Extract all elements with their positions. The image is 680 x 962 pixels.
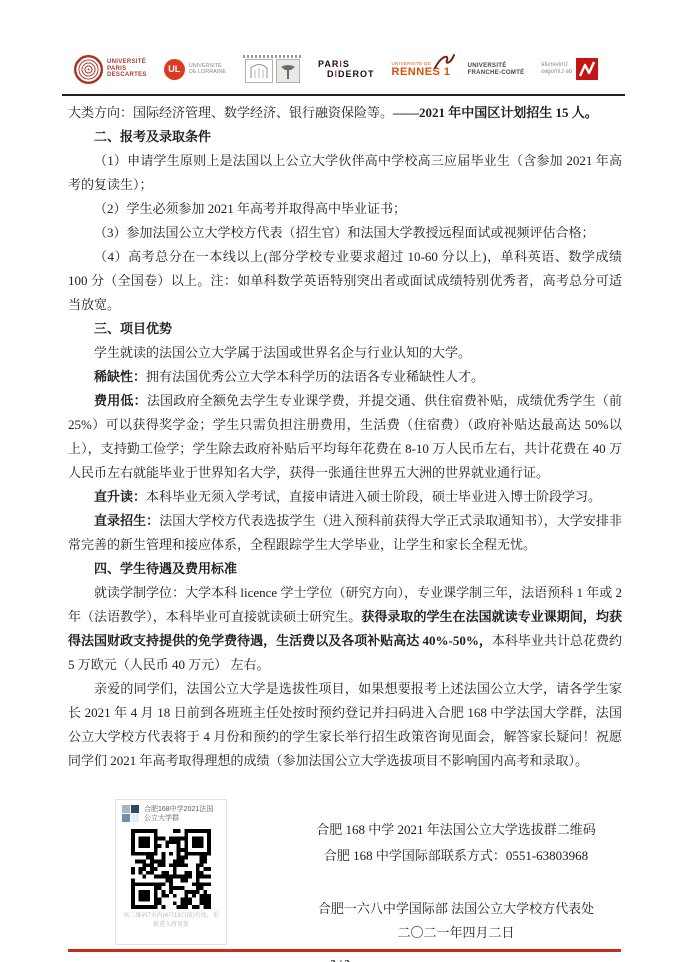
qr-code [131,829,211,909]
paragraph: 直录招生：法国大学校方代表选拔学生（进入预科前获得大学正式录取通知书），大学安排… [68,509,622,557]
logo-university-crest [243,55,301,83]
section-heading: 三、项目优势 [68,317,622,341]
crest-road-icon [276,59,300,83]
signature-date: 二〇二一年四月二日 [290,921,622,945]
logo-text: UNIVERSITÉ [468,63,507,69]
logo-text: PARIS [107,66,147,73]
qr-signature-section: 合肥168中学2021法国公立大学群 该二维码7天内(4月19日前)有效，重新进… [0,799,680,949]
logo-text: DESCARTES [107,72,147,79]
crest-gate-icon [245,59,273,83]
paragraph: 直升读：本科毕业无须入学考试，直接申请进入硕士阶段，硕士毕业进入博士阶段学习。 [68,485,622,509]
section-heading: 四、学生待遇及费用标准 [68,557,622,581]
rennes-swirl-icon [433,52,457,70]
logo-text: DE LORRAINE [189,69,226,75]
lorraine-ul-icon: UL [164,59,185,80]
paragraph: 稀缺性：拥有法国优秀公立大学本科学历的法语各专业稀缺性人才。 [68,365,622,389]
document-page: UNIVERSITÉ PARIS DESCARTES UL UNIVERSITÉ… [0,0,680,962]
paragraph: 学生就读的法国公立大学属于法国或世界名企与行业认知的大学。 [68,341,622,365]
paragraph: 大类方向：国际经济管理、数学经济、银行融资保险等。——2021 年中国区计划招生… [68,101,622,125]
logo-text: Université [541,62,572,69]
paragraph: （1）申请学生原则上是法国以上公立大学伙伴高中学校高三应届毕业生（含参加 202… [68,149,622,197]
logo-universite-de-limoges: Université de Limoges [541,58,598,80]
section-heading: 二、报考及录取条件 [68,125,622,149]
qr-validity-note: 该二维码7天内(4月19日前)有效，重新进入将更新 [122,912,220,930]
paragraph: 亲爱的同学们，法国公立大学是选拔性项目，如果想要报考上述法国公立大学，请各学生家… [68,677,622,773]
paragraph: （3）参加法国公立大学校方代表（招生官）和法国大学教授远程面试或视频评估合格； [68,221,622,245]
logo-universite-franche-comte: UNIVERSITÉ FRANCHE-COMTÉ [468,63,525,76]
paris-descartes-seal-icon [74,55,103,84]
logo-universite-paris-descartes: UNIVERSITÉ PARIS DESCARTES [74,55,147,84]
paragraph: 费用低：法国政府全额免去学生专业课学费，并提交通、供住宿费补贴，成绩优秀学生（前… [68,389,622,485]
contact-phone-line: 合肥 168 中学国际部联系方式：0551-63803968 [290,843,622,869]
logo-text: PARIS [318,59,350,69]
page-number: 2 / 2 [0,958,680,962]
crest-caption-text [243,55,301,58]
qr-caption-line1: 合肥 168 中学 2021 年法国公立大学选拔群二维码 [290,817,622,843]
logo-text: DIDEROT [327,69,375,79]
logo-banner: UNIVERSITÉ PARIS DESCARTES UL UNIVERSITÉ… [74,50,680,88]
logo-universite-paris-diderot: PARIS DIDEROT [318,59,375,79]
footer-red-rule [68,949,621,952]
logo-text: UNIVERSITÉ [107,59,147,66]
logo-universite-rennes-1: UNIVERSITÉ DE RENNES 1 [392,61,451,78]
logo-universite-de-lorraine: UL UNIVERSITÉ DE LORRAINE [164,59,226,80]
limoges-mark-icon [577,58,599,80]
group-title: 合肥168中学2021法国公立大学群 [144,805,220,824]
signature-office: 合肥一六八中学国际部 法国公立大学校方代表处 [290,897,622,921]
paragraph: （2）学生必须参加 2021 年高考并取得高中毕业证书； [68,197,622,221]
logo-text: FRANCHE-COMTÉ [468,70,525,76]
group-avatar [122,805,140,823]
document-body: 大类方向：国际经济管理、数学经济、银行融资保险等。——2021 年中国区计划招生… [68,101,622,773]
paragraph: （4）高考总分在一本线以上(部分学校专业要求超过 10-60 分以上)，单科英语… [68,245,622,317]
wechat-group-qr-card: 合肥168中学2021法国公立大学群 该二维码7天内(4月19日前)有效，重新进… [115,799,227,945]
logo-text: de Limoges [541,69,572,76]
header-divider [62,94,625,96]
paragraph: 就读学制学位：大学本科 licence 学士学位（研究方向），专业课学制三年，法… [68,581,622,677]
